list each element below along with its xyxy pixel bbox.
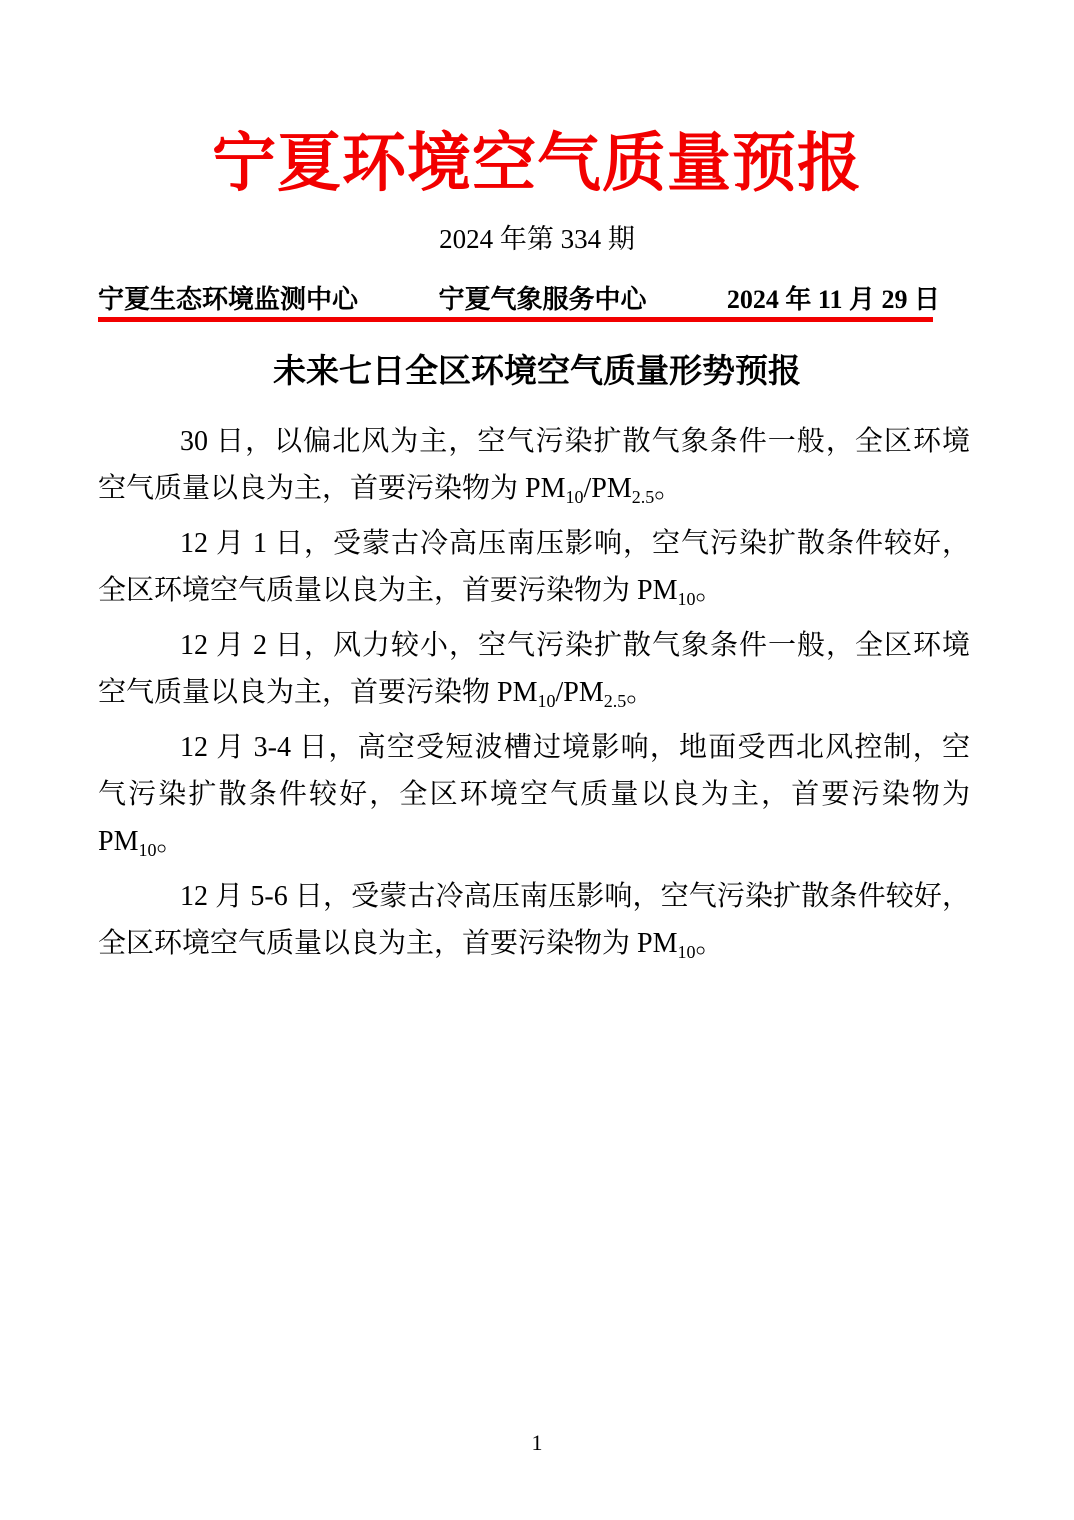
line-text: 空气质量以良为主，首要污染物为	[98, 473, 525, 504]
paragraph-line: 12 月 2 日，风力较小，空气污染扩散气象条件一般，全区环境	[98, 622, 970, 669]
pm10-subscript: 10	[677, 589, 695, 609]
forecast-paragraph-5: 12 月 5-6 日，受蒙古冷高压南压影响，空气污染扩散条件较好， 全区环境空气…	[98, 873, 970, 967]
pm-symbol: PM	[637, 928, 677, 959]
forecast-paragraph-2: 12 月 1 日，受蒙古冷高压南压影响，空气污染扩散条件较好， 全区环境空气质量…	[98, 520, 970, 614]
pm10-label: PM10	[98, 826, 156, 857]
issue-number: 2024 年第 334 期	[0, 222, 1074, 256]
forecast-paragraph-4: 12 月 3-4 日，高空受短波槽过境影响，地面受西北风控制，空 气污染扩散条件…	[98, 724, 970, 865]
paragraph-line: 全区环境空气质量以良为主，首要污染物为 PM10。	[98, 567, 970, 614]
pm10-subscript: 10	[677, 942, 695, 962]
document-title: 宁夏环境空气质量预报	[0, 128, 1074, 200]
header-meta-row: 宁夏生态环境监测中心 宁夏气象服务中心 2024 年 11 月 29 日	[98, 285, 940, 315]
pm-symbol: PM	[98, 826, 138, 857]
org-monitoring-center: 宁夏生态环境监测中心	[98, 285, 358, 315]
paragraph-line: 30 日，以偏北风为主，空气污染扩散气象条件一般，全区环境	[98, 418, 970, 465]
sentence-period: 。	[695, 575, 723, 606]
line-text: 空气质量以良为主，首要污染物	[98, 677, 497, 708]
paragraph-line: 空气质量以良为主，首要污染物为 PM10/PM2.5。	[98, 465, 970, 512]
pm10-label: PM10	[637, 575, 695, 606]
forecast-body: 30 日，以偏北风为主，空气污染扩散气象条件一般，全区环境 空气质量以良为主，首…	[0, 418, 1074, 967]
paragraph-line: 全区环境空气质量以良为主，首要污染物为 PM10。	[98, 920, 970, 967]
pm10-label: PM10	[525, 473, 583, 504]
sentence-period: 。	[654, 473, 682, 504]
sentence-period: 。	[626, 677, 654, 708]
section-heading: 未来七日全区环境空气质量形势预报	[0, 349, 1074, 395]
paragraph-line: 气污染扩散条件较好，全区环境空气质量以良为主，首要污染物为	[98, 771, 970, 818]
sentence-period: 。	[156, 826, 184, 857]
sentence-period: 。	[695, 928, 723, 959]
paragraph-line: 12 月 1 日，受蒙古冷高压南压影响，空气污染扩散条件较好，	[98, 520, 970, 567]
pm10-label: PM10	[637, 928, 695, 959]
paragraph-line: 12 月 3-4 日，高空受短波槽过境影响，地面受西北风控制，空	[98, 724, 970, 771]
pm25-label: PM2.5	[591, 473, 654, 504]
issue-date: 2024 年 11 月 29 日	[727, 285, 940, 315]
paragraph-line: 12 月 5-6 日，受蒙古冷高压南压影响，空气污染扩散条件较好，	[98, 873, 970, 920]
page-number: 1	[0, 1430, 1074, 1456]
pm25-subscript: 2.5	[632, 487, 655, 507]
document-page: 宁夏环境空气质量预报 2024 年第 334 期 宁夏生态环境监测中心 宁夏气象…	[0, 0, 1074, 1520]
org-weather-center: 宁夏气象服务中心	[438, 285, 646, 315]
paragraph-line: PM10。	[98, 818, 970, 865]
forecast-paragraph-1: 30 日，以偏北风为主，空气污染扩散气象条件一般，全区环境 空气质量以良为主，首…	[98, 418, 970, 512]
pm25-subscript: 2.5	[604, 691, 627, 711]
forecast-paragraph-3: 12 月 2 日，风力较小，空气污染扩散气象条件一般，全区环境 空气质量以良为主…	[98, 622, 970, 716]
pm10-subscript: 10	[565, 487, 583, 507]
red-divider-rule	[98, 317, 933, 322]
pm-symbol: PM	[591, 473, 631, 504]
pm25-label: PM2.5	[563, 677, 626, 708]
pm-symbol: PM	[525, 473, 565, 504]
pm-symbol: PM	[497, 677, 537, 708]
line-text: 全区环境空气质量以良为主，首要污染物为	[98, 575, 637, 606]
line-text: 全区环境空气质量以良为主，首要污染物为	[98, 928, 637, 959]
pm10-label: PM10	[497, 677, 555, 708]
pm-symbol: PM	[637, 575, 677, 606]
pm10-subscript: 10	[138, 840, 156, 860]
pm-symbol: PM	[563, 677, 603, 708]
paragraph-line: 空气质量以良为主，首要污染物 PM10/PM2.5。	[98, 669, 970, 716]
pm10-subscript: 10	[537, 691, 555, 711]
